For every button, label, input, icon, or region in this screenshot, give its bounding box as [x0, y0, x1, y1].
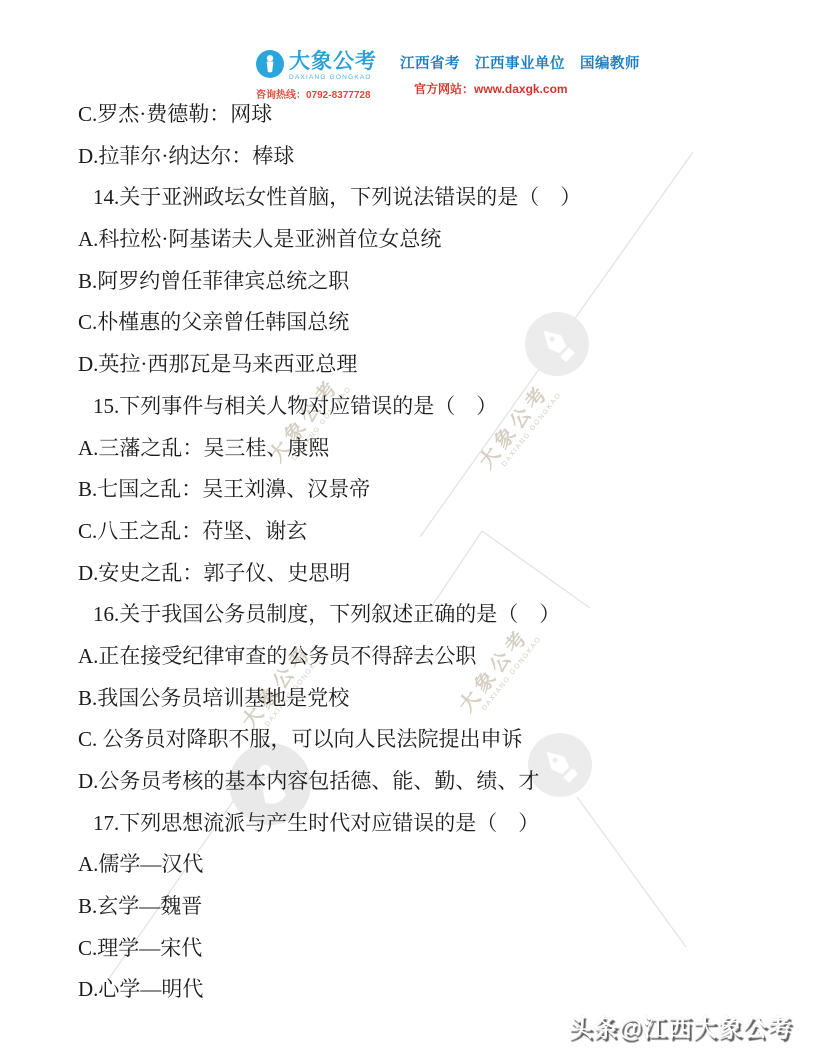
option-line: C.理学—宋代: [78, 928, 786, 970]
question-line: 15.下列事件与相关人物对应错误的是（ ）: [78, 386, 786, 428]
question-line: 16.关于我国公务员制度，下列叙述正确的是（ ）: [78, 594, 786, 636]
hotline-text: 咨询热线：0792-8377728: [256, 86, 388, 101]
question-line: 17.下列思想流派与产生时代对应错误的是（ ）: [78, 803, 786, 845]
option-line: B.七国之乱：吴王刘濞、汉景帝: [78, 469, 786, 511]
option-line: D.心学—明代: [78, 969, 786, 1011]
option-line: C.朴槿惠的父亲曾任韩国总统: [78, 302, 786, 344]
option-line: D.拉菲尔·纳达尔：棒球: [78, 136, 786, 178]
option-line: B.我国公务员培训基地是党校: [78, 678, 786, 720]
option-line: A.正在接受纪律审查的公务员不得辞去公职: [78, 636, 786, 678]
exam-categories: 江西省考 江西事业单位 国编教师: [400, 52, 640, 73]
option-line: C. 公务员对降职不服，可以向人民法院提出申诉: [78, 719, 786, 761]
question-line: 14.关于亚洲政坛女性首脑，下列说法错误的是（ ）: [78, 177, 786, 219]
option-line: B.玄学—魏晋: [78, 886, 786, 928]
option-line: A.三藩之乱：吴三桂、康熙: [78, 428, 786, 470]
option-line: A.科拉松·阿基诺夫人是亚洲首位女总统: [78, 219, 786, 261]
option-line: B.阿罗约曾任菲律宾总统之职: [78, 261, 786, 303]
official-website: 官方网站：www.daxgk.com: [400, 80, 640, 97]
option-line: C.八王之乱：苻坚、谢玄: [78, 511, 786, 553]
exam-page: 大象公考 DAXIANG GONGKAO 大象公考 DAXIANG GONGKA…: [0, 0, 816, 1056]
brand-header: 大象公考 DAXIANG GONGKAO 咨询热线：0792-8377728 江…: [256, 50, 640, 101]
option-line: D.安史之乱：郭子仪、史思明: [78, 553, 786, 595]
brand-subtitle: DAXIANG GONGKAO: [289, 74, 377, 81]
option-line: A.儒学—汉代: [78, 844, 786, 886]
toutiao-credit: 头条@江西大象公考: [569, 1008, 793, 1043]
option-line: D.英拉·西那瓦是马来西亚总理: [78, 344, 786, 386]
option-line: D.公务员考核的基本内容包括德、能、勤、绩、才: [78, 761, 786, 803]
brand-name: 大象公考: [289, 50, 377, 73]
elephant-logo-icon: [256, 50, 284, 78]
exam-content: C.罗杰·费德勒：网球 D.拉菲尔·纳达尔：棒球 14.关于亚洲政坛女性首脑，下…: [78, 94, 786, 1011]
